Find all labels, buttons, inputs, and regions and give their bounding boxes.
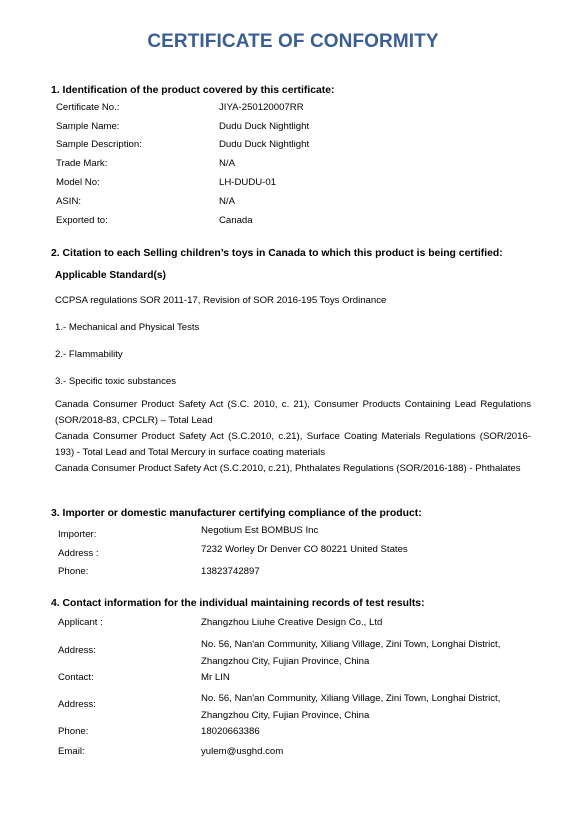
row-value: Canada (219, 215, 253, 227)
row-label: Model No: (56, 177, 100, 189)
section-2-heading: 2. Citation to each Selling children’s t… (51, 248, 503, 259)
row-value: No. 56, Nan'an Community, Xiliang Villag… (201, 690, 531, 724)
regulation-paragraph: Canada Consumer Product Safety Act (S.C.… (55, 461, 531, 477)
standard-item: 2.- Flammability (55, 347, 531, 363)
row-value: LH-DUDU-01 (219, 177, 276, 189)
section-3-heading: 3. Importer or domestic manufacturer cer… (51, 508, 422, 519)
standards-intro: CCPSA regulations SOR 2011-17, Revision … (55, 293, 531, 309)
row-value: No. 56, Nan'an Community, Xiliang Villag… (201, 636, 531, 670)
row-label: Certificate No.: (56, 102, 119, 114)
row-label: Sample Description: (56, 139, 142, 151)
section-1-heading: 1. Identification of the product covered… (51, 85, 334, 96)
row-value: 7232 Worley Dr Denver CO 80221 United St… (201, 544, 408, 556)
row-label: Address : (58, 548, 99, 560)
row-value: 18020663386 (201, 726, 260, 738)
row-value: JIYA-250120007RR (219, 102, 304, 114)
row-label: Exported to: (56, 215, 108, 227)
row-label: Address: (58, 699, 96, 711)
row-label: Phone: (58, 726, 88, 738)
row-label: Phone: (58, 566, 88, 578)
applicable-standards-heading: Applicable Standard(s) (55, 270, 166, 281)
row-value: 13823742897 (201, 566, 260, 578)
section-4-heading: 4. Contact information for the individua… (51, 598, 425, 609)
page-title: CERTIFICATE OF CONFORMITY (0, 31, 586, 53)
row-label: Trade Mark: (56, 158, 107, 170)
row-value: N/A (219, 158, 235, 170)
row-value: Dudu Duck Nightlight (219, 121, 309, 133)
row-value: yulem@usghd.com (201, 746, 283, 758)
row-label: Sample Name: (56, 121, 119, 133)
row-value: N/A (219, 196, 235, 208)
row-value: Dudu Duck Nightlight (219, 139, 309, 151)
row-value: Negotium Est BOMBUS Inc (201, 525, 318, 537)
row-label: Contact: (58, 672, 94, 684)
standard-item: 3.- Specific toxic substances (55, 374, 531, 390)
row-value: Mr LIN (201, 672, 230, 684)
row-label: ASIN: (56, 196, 81, 208)
row-label: Applicant : (58, 617, 103, 629)
row-label: Email: (58, 746, 85, 758)
row-value: Zhangzhou Liuhe Creative Design Co., Ltd (201, 617, 382, 629)
row-label: Address: (58, 645, 96, 657)
standard-item: 1.- Mechanical and Physical Tests (55, 320, 531, 336)
row-label: Importer: (58, 529, 96, 541)
regulation-paragraph: Canada Consumer Product Safety Act (S.C.… (55, 397, 531, 429)
regulation-paragraph: Canada Consumer Product Safety Act (S.C.… (55, 429, 531, 461)
